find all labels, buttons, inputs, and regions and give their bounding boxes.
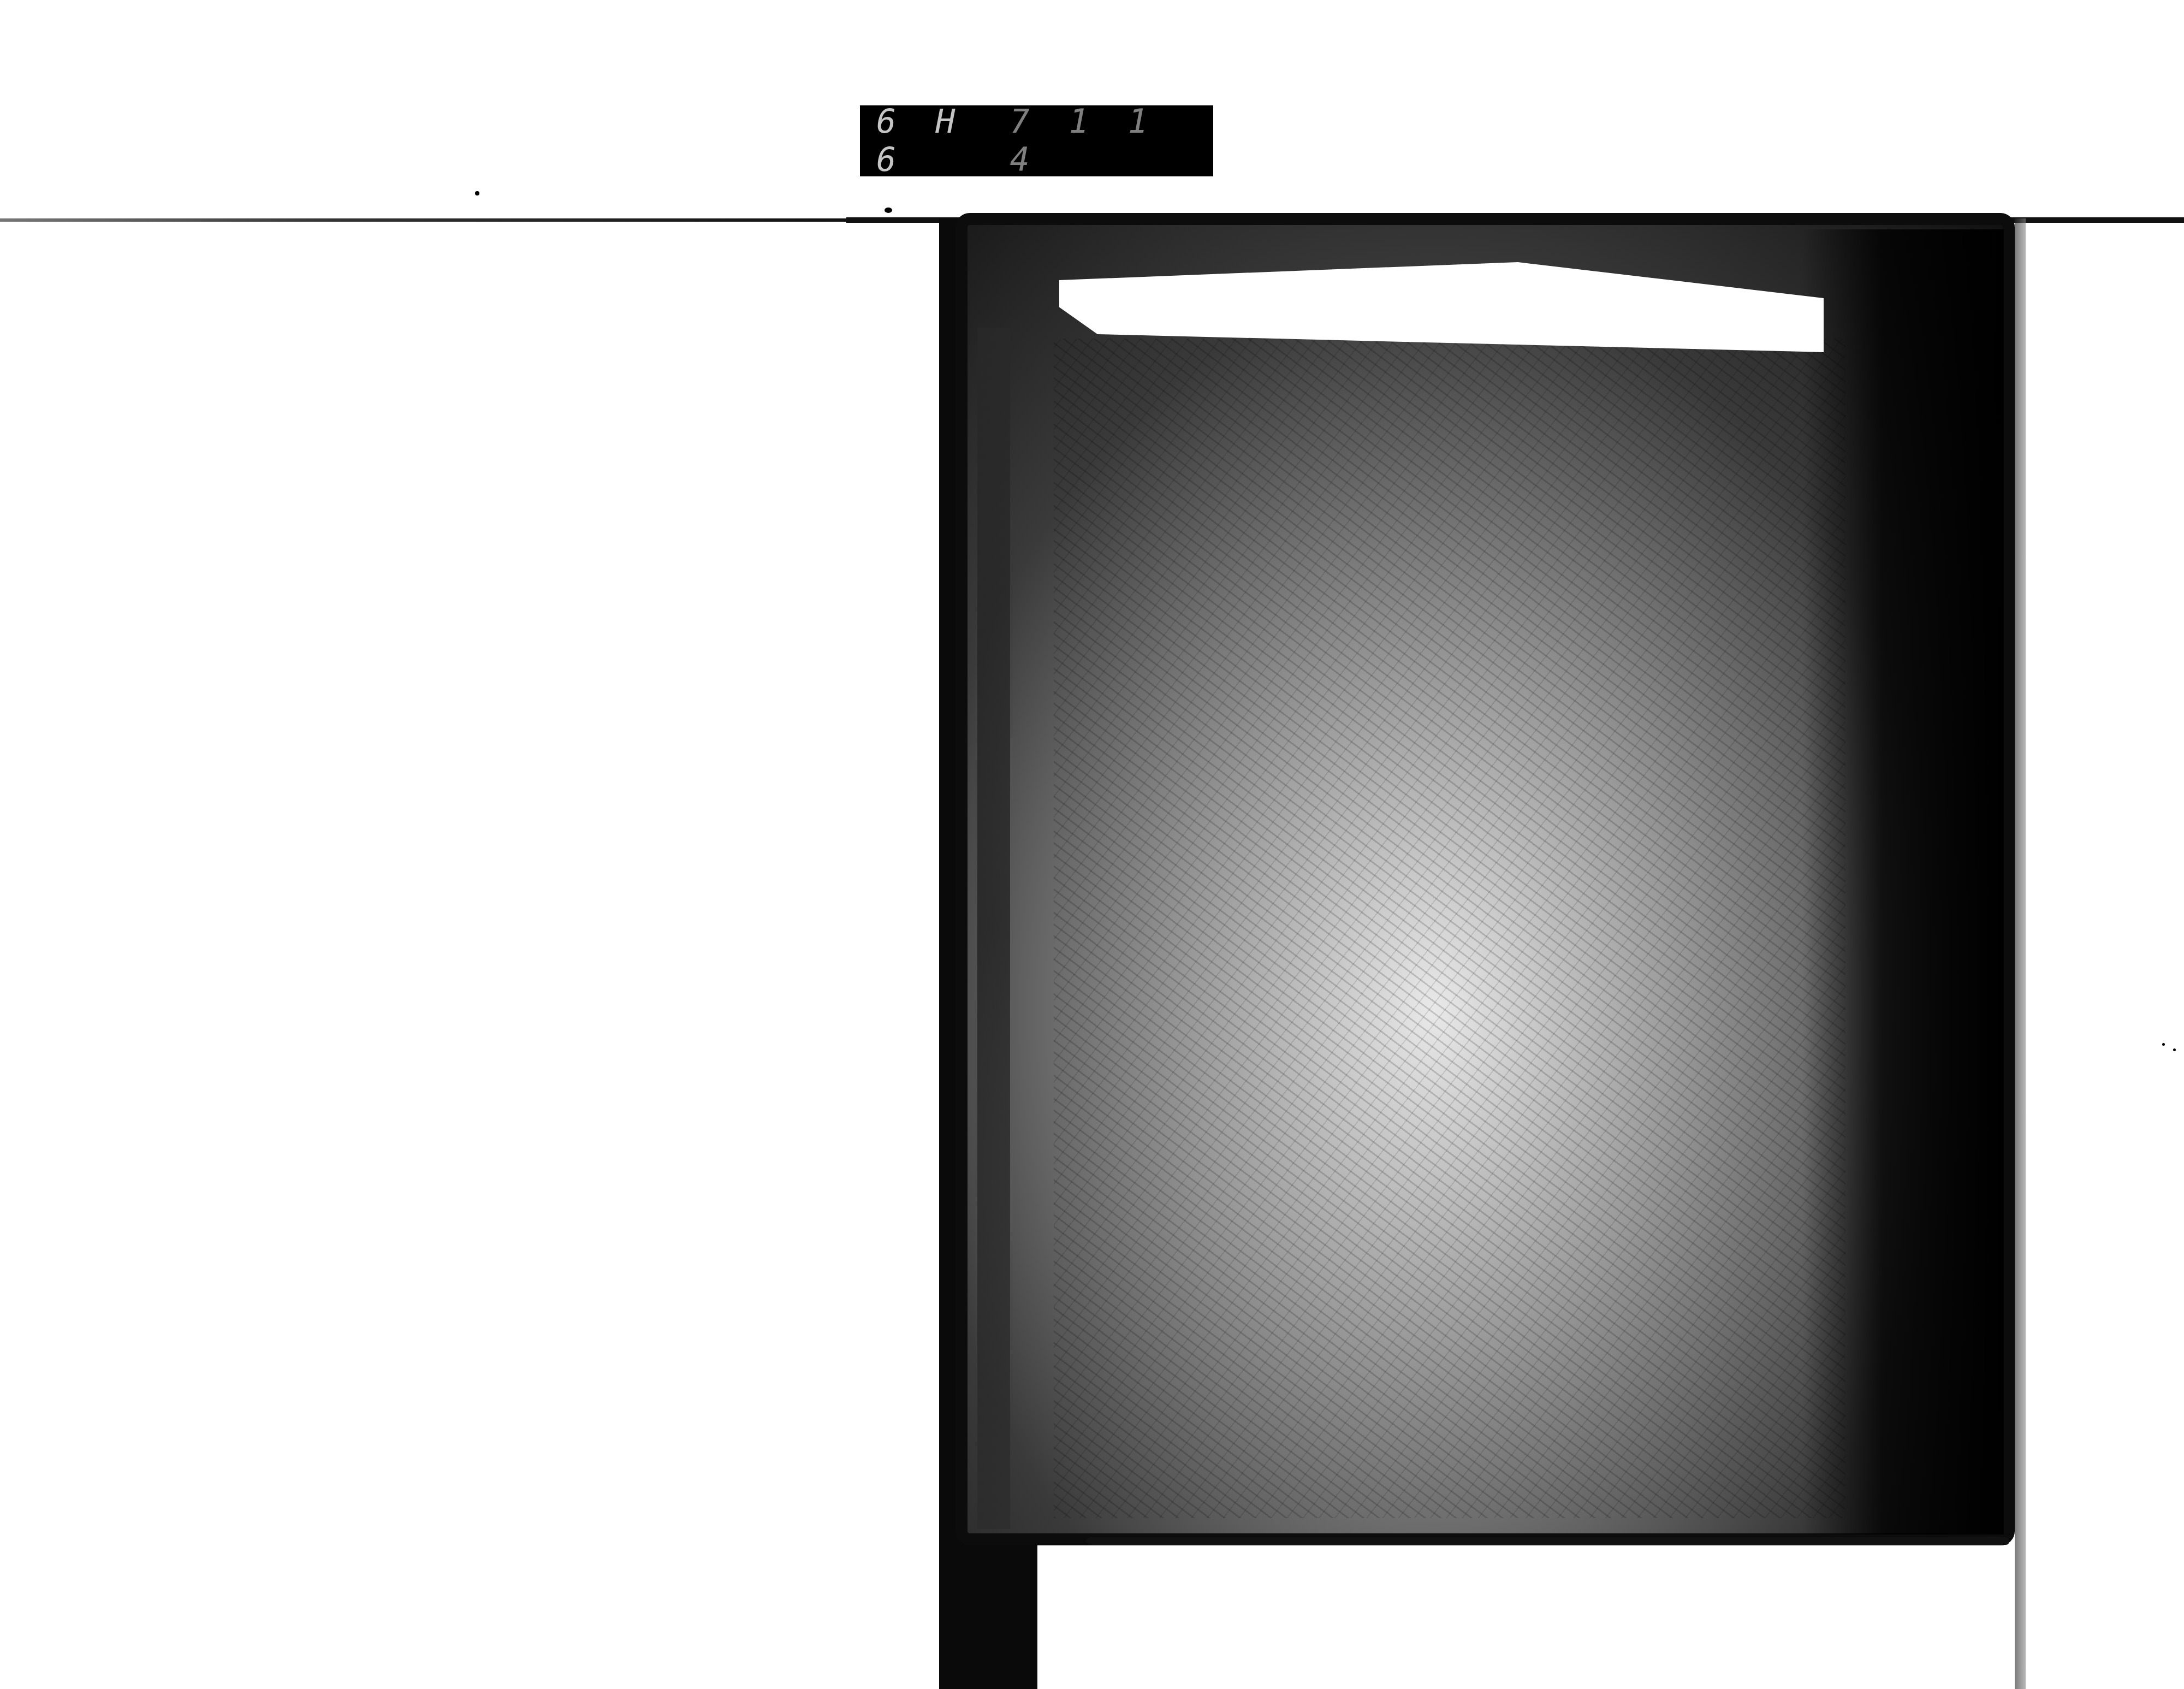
film-label-left: 6 H 6 xyxy=(876,103,1010,179)
speck xyxy=(885,208,892,213)
speck xyxy=(2173,1048,2176,1051)
page-right-edge xyxy=(2015,218,2026,1689)
speck xyxy=(2162,1043,2165,1046)
film-label: 6 H 6 7 1 1 4 xyxy=(860,105,1213,176)
cover-shadow xyxy=(1802,229,2004,1534)
scanner-edge-line-left xyxy=(0,218,846,222)
spine-stripe xyxy=(977,328,1010,1529)
cover-texture xyxy=(1054,339,1845,1518)
cover-bottom-edge xyxy=(1087,1537,2009,1545)
speck xyxy=(475,191,479,195)
film-label-right: 7 1 1 4 xyxy=(1010,103,1197,179)
